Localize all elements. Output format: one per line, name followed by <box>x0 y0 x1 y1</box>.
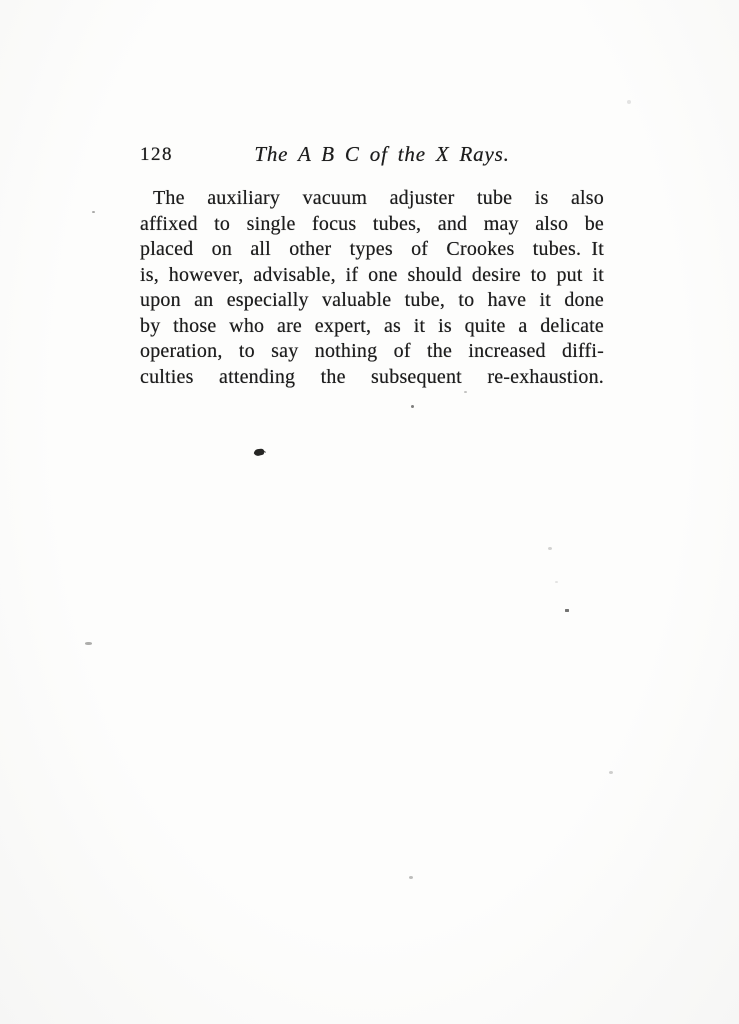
ink-blot <box>251 444 266 457</box>
book-page: 128 The A B C of the X Rays. The auxilia… <box>0 0 739 1024</box>
body-paragraph: The auxiliary vacuum adjuster tube is al… <box>140 186 604 390</box>
scan-speck <box>92 211 95 213</box>
scan-speck <box>409 876 413 879</box>
scan-speck <box>609 771 613 774</box>
paragraph-line: culties attending the subsequent re-exha… <box>140 365 604 391</box>
paragraph-line: The auxiliary vacuum adjuster tube is al… <box>140 186 604 212</box>
paragraph-line: affixed to single focus tubes, and may a… <box>140 212 604 238</box>
page-number: 128 <box>140 144 173 166</box>
paragraph-line: by those who are expert, as it is quite … <box>140 314 604 340</box>
scan-speck <box>555 581 558 583</box>
running-header: 128 The A B C of the X Rays. <box>140 142 604 170</box>
scan-speck <box>85 642 92 645</box>
scan-speck <box>627 100 631 104</box>
running-header-title: The A B C of the X Rays. <box>180 142 584 167</box>
paragraph-line: operation, to say nothing of the increas… <box>140 339 604 365</box>
scan-speck <box>565 609 569 612</box>
paragraph-line: upon an especially valuable tube, to hav… <box>140 288 604 314</box>
paragraph-line: is, however, advisable, if one should de… <box>140 263 604 289</box>
scan-speck <box>411 405 414 408</box>
scan-speck <box>548 547 552 550</box>
scan-speck <box>464 391 467 393</box>
paragraph-line: placed on all other types of Crookes tub… <box>140 237 604 263</box>
